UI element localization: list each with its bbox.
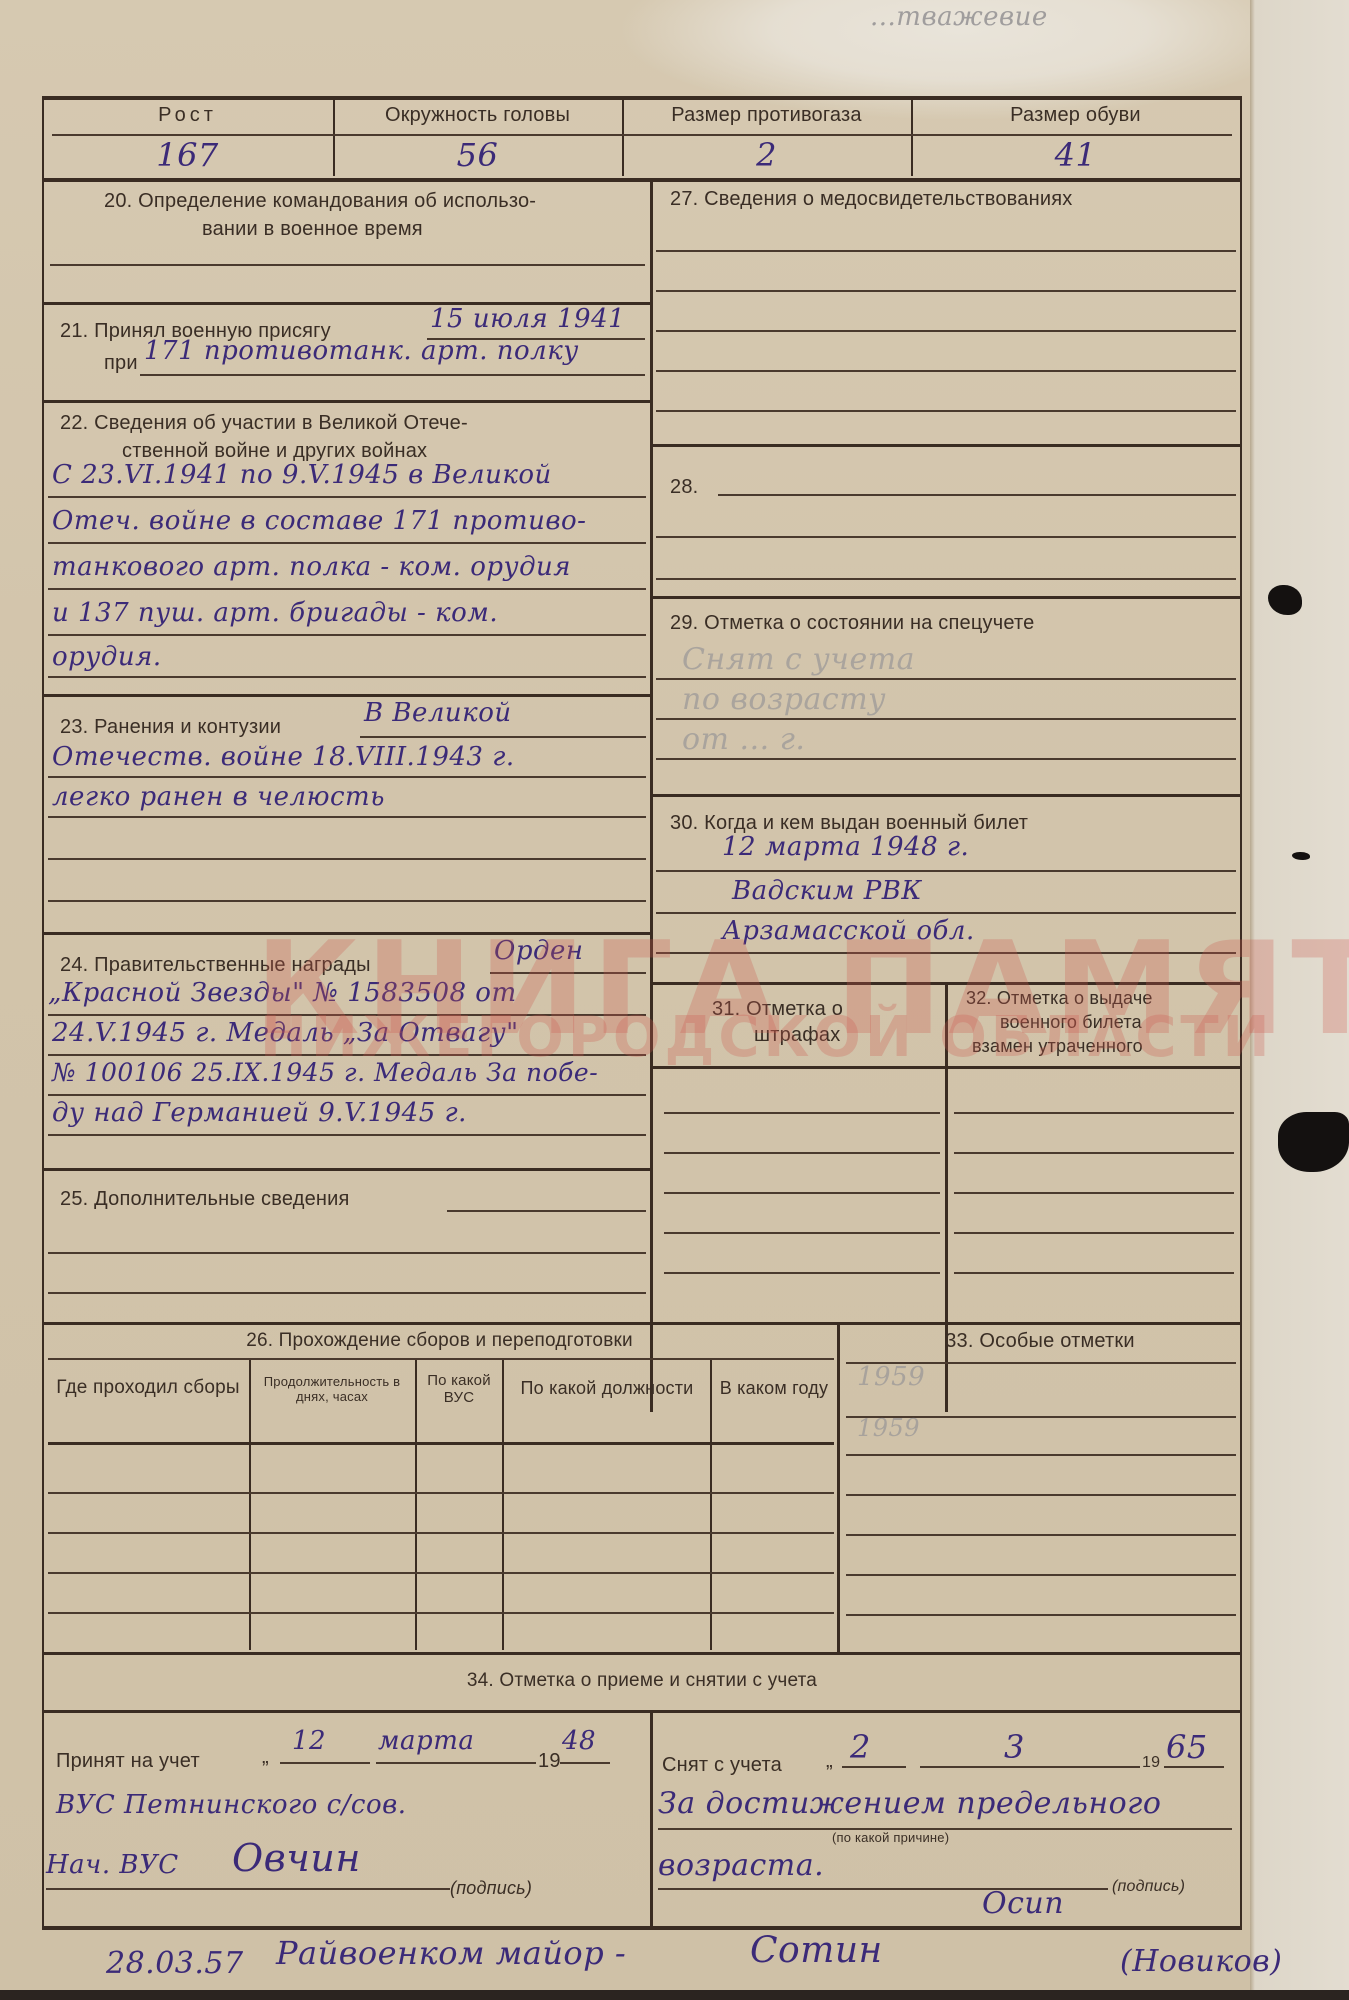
punch-hole [1278, 1112, 1349, 1172]
removal-reason: За достижением предельного [658, 1786, 1161, 1821]
blank-line [846, 1614, 1236, 1616]
accepted-day: 12 [292, 1726, 326, 1756]
accepted-label: Принят на учет [56, 1750, 200, 1773]
blank-line [656, 330, 1236, 332]
blank-line [48, 1252, 646, 1254]
blank-line [664, 1112, 940, 1114]
open-quote: „ [262, 1746, 269, 1769]
blank-line [48, 1054, 646, 1056]
header-shoe-size: Размер обуви [911, 104, 1240, 127]
divider [42, 178, 1242, 182]
blank-line [48, 1292, 646, 1294]
accepted-year: 48 [562, 1726, 596, 1756]
section-21-at-label: при [104, 352, 138, 375]
blank-line [954, 1272, 1234, 1274]
value-height: 167 [42, 136, 333, 174]
section-31-label: 31. Отметка о [712, 998, 843, 1021]
table-row [48, 1532, 834, 1534]
removed-month: 3 [1004, 1728, 1025, 1766]
blank-line [664, 1152, 940, 1154]
open-quote: „ [826, 1750, 833, 1773]
awards-line: № 100106 25.IX.1945 г. Медаль За побе- [52, 1058, 598, 1087]
blank-line [656, 410, 1236, 412]
blank-line [656, 952, 1236, 954]
faint-pencil-note: 1959 [857, 1414, 920, 1442]
blank-line [846, 1494, 1236, 1496]
blank-line [560, 1762, 610, 1764]
table-row [48, 1612, 834, 1614]
section-22-label: 22. Сведения об участии в Великой Отече- [60, 412, 468, 435]
accepted-office: ВУС Петнинского с/сов. [56, 1790, 407, 1820]
blank-line [48, 1014, 646, 1016]
blank-line [447, 1210, 646, 1212]
section-20-label: 20. Определение командования об использо… [104, 190, 536, 213]
blank-line [656, 250, 1236, 252]
divider [650, 444, 1242, 447]
blank-line [954, 1152, 1234, 1154]
faint-pencil-note: Снят с учета [682, 642, 915, 677]
value-head-circumference: 56 [333, 136, 622, 174]
header-head-circumference: Окружность головы [333, 104, 622, 127]
war-service-line: Отеч. войне в составе 171 противо- [52, 506, 586, 536]
blank-line [664, 1232, 940, 1234]
blank-line [280, 1762, 370, 1764]
column-header-year: В каком году [712, 1376, 836, 1400]
blank-line [48, 858, 646, 860]
col-divider [249, 1360, 251, 1650]
war-service-line: и 137 пуш. арт. бригады - ком. [52, 598, 498, 628]
wounds-line: В Великой [364, 698, 512, 728]
blank-line [954, 1192, 1234, 1194]
column-header-position: По какой должности [504, 1376, 710, 1400]
blank-line [656, 912, 1236, 914]
section-26-title: 26. Прохождение сборов и переподготовки [42, 1330, 837, 1352]
divider [42, 694, 650, 697]
blank-line [656, 870, 1236, 872]
awards-line: „Красной Звезды" № 1583508 от [48, 978, 517, 1008]
section-32-label: 32. Отметка о выдаче [966, 990, 1153, 1007]
table-row [48, 1572, 834, 1574]
military-id-issuer: Вадским РВК [732, 876, 922, 906]
blank-line [842, 1766, 906, 1768]
divider [650, 1066, 1242, 1069]
divider [42, 1652, 1242, 1655]
column-header-duration: Продолжительность в днях, часах [252, 1374, 412, 1404]
footer-signature: Сотин [750, 1930, 883, 1971]
blank-line [656, 758, 1236, 760]
divider [42, 1710, 1242, 1713]
blank-line [140, 374, 645, 376]
footer-date: 28.03.57 [106, 1946, 244, 1981]
frame-bottom [42, 1926, 1242, 1930]
divider [42, 932, 650, 935]
blank-line [664, 1192, 940, 1194]
blank-line [656, 370, 1236, 372]
blank-line [48, 1094, 646, 1096]
section-32-label-3: взамен утраченного [972, 1038, 1143, 1055]
war-service-line: танкового арт. полка - ком. орудия [52, 552, 571, 582]
wounds-line: легко ранен в челюсть [52, 782, 385, 812]
header-gas-mask-size: Размер противогаза [622, 104, 911, 127]
blank-line [1164, 1766, 1224, 1768]
section-25-label: 25. Дополнительные сведения [60, 1188, 350, 1211]
blank-line [656, 718, 1236, 720]
section-33-label: 33. Особые отметки [840, 1330, 1240, 1353]
paper-edge [1250, 0, 1349, 2000]
value-gas-mask-size: 2 [622, 136, 911, 174]
blank-line [656, 678, 1236, 680]
military-id-region: Арзамасской обл. [722, 916, 975, 946]
removed-year: 65 [1166, 1728, 1208, 1766]
col-divider [502, 1360, 504, 1650]
faint-pencil-note: по возрасту [682, 682, 886, 717]
blank-line [664, 1272, 940, 1274]
military-id-issue-date: 12 марта 1948 г. [722, 832, 969, 862]
blank-line [48, 588, 646, 590]
divider [650, 794, 1242, 797]
value-shoe-size: 41 [911, 136, 1240, 174]
blank-line [954, 1232, 1234, 1234]
awards-line: 24.V.1945 г. Медаль „За Отвагу" [52, 1018, 519, 1048]
accepted-signature-caption: (подпись) [450, 1878, 532, 1899]
divider [42, 400, 650, 403]
blank-line [376, 1762, 536, 1764]
blank-line [656, 290, 1236, 292]
col-divider [837, 1324, 840, 1652]
faint-pencil-note: 1959 [857, 1362, 925, 1392]
blank-line [48, 776, 646, 778]
col-divider [710, 1360, 712, 1650]
punch-hole [1292, 852, 1310, 860]
top-pencil-note: ...тважевие [870, 2, 1048, 32]
blank-line [656, 578, 1236, 580]
divider [42, 1322, 1242, 1325]
accepted-year-prefix: 19 [538, 1750, 561, 1773]
row-divider [48, 1442, 834, 1445]
column-header-location: Где проходил сборы [48, 1376, 248, 1400]
awards-line: ду над Германией 9.V.1945 г. [52, 1098, 467, 1128]
military-registration-form: Рост Окружность головы Размер противогаз… [42, 96, 1242, 1928]
removal-reason-caption: (по какой причине) [832, 1830, 949, 1845]
footer-commissar-title: Райвоенком майор - [276, 1934, 626, 1972]
blank-line [954, 1112, 1234, 1114]
oath-date: 15 июля 1941 [430, 304, 625, 334]
section-28-label: 28. [670, 476, 698, 499]
col-divider [650, 1712, 653, 1926]
oath-unit: 171 противотанк. арт. полку [144, 336, 579, 366]
signature-line [46, 1888, 450, 1890]
awards-line: Орден [494, 936, 583, 966]
accepted-officer-title: Нач. ВУС [46, 1850, 179, 1880]
section-34-title: 34. Отметка о приеме и снятии с учета [42, 1670, 1242, 1692]
blank-line [48, 676, 646, 678]
section-32-label-2: военного билета [1000, 1014, 1142, 1031]
table-row [48, 1492, 834, 1494]
section-23-label: 23. Ранения и контузии [60, 716, 281, 739]
blank-line [48, 816, 646, 818]
section-24-label: 24. Правительственные награды [60, 954, 371, 977]
background-edge [0, 1990, 1349, 2000]
section-20-label-2: вании в военное время [202, 218, 423, 241]
removed-signature: Осип [982, 1886, 1064, 1921]
blank-line [48, 1134, 646, 1136]
blank-line [718, 494, 1236, 496]
accepted-month: марта [378, 1726, 474, 1756]
removal-reason-2: возраста. [658, 1848, 824, 1883]
blank-line [846, 1534, 1236, 1536]
blank-line [50, 264, 645, 266]
header-height: Рост [42, 104, 333, 127]
blank-line [846, 1454, 1236, 1456]
blank-line [48, 542, 646, 544]
blank-line [360, 736, 646, 738]
section-29-label: 29. Отметка о состоянии на спецучете [670, 612, 1034, 635]
blank-line [48, 634, 646, 636]
faint-pencil-note: от ... г. [682, 722, 805, 757]
accepted-signature: Овчин [232, 1836, 361, 1880]
removed-signature-caption: (подпись) [1112, 1878, 1185, 1896]
column-header-vus: По какой ВУС [417, 1372, 501, 1406]
blank-line [48, 496, 646, 498]
row-divider [48, 1358, 834, 1360]
section-31-label-2: штрафах [754, 1024, 840, 1047]
blank-line [846, 1574, 1236, 1576]
section-27-label: 27. Сведения о медосвидетельствованиях [670, 188, 1072, 211]
blank-line [490, 972, 646, 974]
wounds-line: Отечеств. войне 18.VIII.1943 г. [52, 742, 515, 772]
war-service-line: С 23.VI.1941 по 9.V.1945 в Великой [52, 460, 552, 490]
divider [650, 596, 1242, 599]
frame-top [42, 96, 1242, 100]
divider [42, 1168, 650, 1171]
blank-line [656, 536, 1236, 538]
footer-name: (Новиков) [1120, 1944, 1282, 1979]
blank-line [920, 1766, 1140, 1768]
war-service-line: орудия. [52, 642, 162, 672]
removed-year-prefix: 19 [1142, 1754, 1160, 1772]
removed-label: Снят с учета [662, 1754, 782, 1777]
blank-line [48, 900, 646, 902]
removed-day: 2 [850, 1728, 871, 1766]
